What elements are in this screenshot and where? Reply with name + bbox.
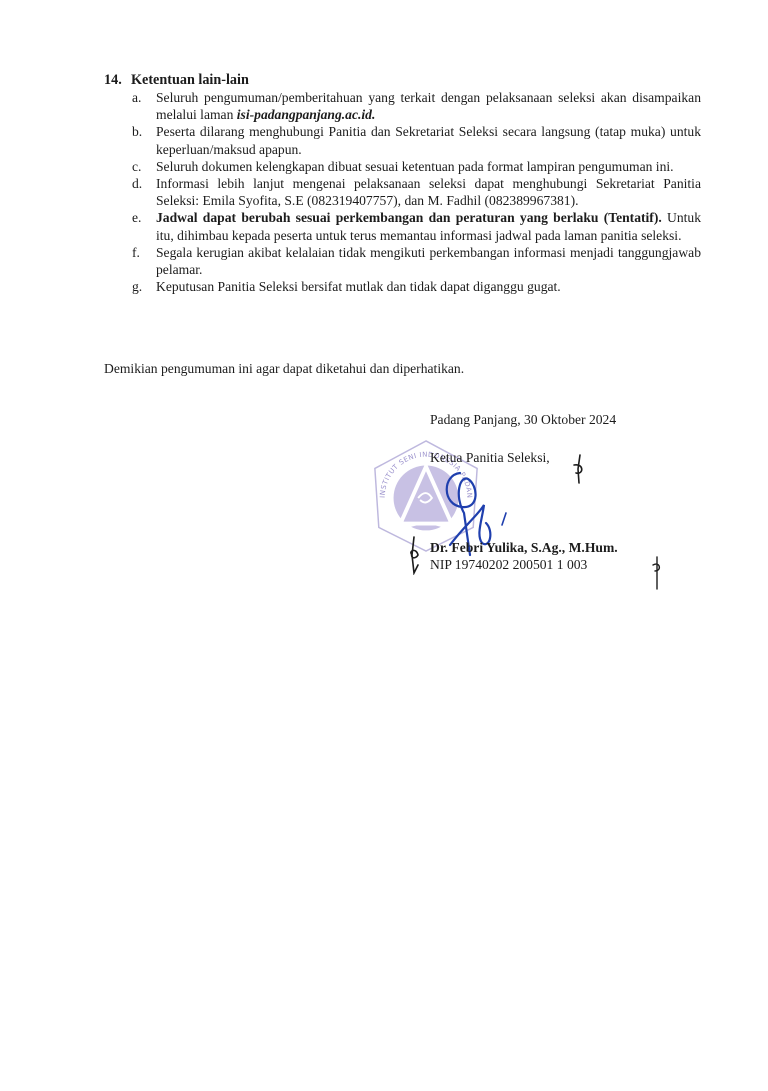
item-text: Jadwal dapat berubah sesuai perkembangan… bbox=[156, 209, 701, 243]
item-text: Informasi lebih lanjut mengenai pelaksan… bbox=[156, 175, 701, 209]
list-item: f. Segala kerugian akibat kelalaian tida… bbox=[131, 244, 701, 278]
closing-statement: Demikian pengumuman ini agar dapat diket… bbox=[104, 361, 464, 377]
item-text: Peserta dilarang menghubungi Panitia dan… bbox=[156, 123, 701, 157]
signer-name: Dr. Febri Yulika, S.Ag., M.Hum. bbox=[430, 540, 618, 556]
initial-mark-icon bbox=[570, 453, 586, 485]
provisions-list: a. Seluruh pengumuman/pemberitahuan yang… bbox=[131, 89, 701, 295]
item-text: Keputusan Panitia Seleksi bersifat mutla… bbox=[156, 278, 701, 295]
item-text-bold: Jadwal dapat berubah sesuai perkembangan… bbox=[156, 210, 662, 225]
section-heading: 14.Ketentuan lain-lain bbox=[104, 72, 249, 89]
section-title: Ketentuan lain-lain bbox=[131, 72, 249, 88]
document-page: 14.Ketentuan lain-lain a. Seluruh pengum… bbox=[0, 0, 768, 1091]
list-item: g. Keputusan Panitia Seleksi bersifat mu… bbox=[131, 278, 701, 295]
list-item: e. Jadwal dapat berubah sesuai perkemban… bbox=[131, 209, 701, 243]
item-label: a. bbox=[131, 89, 156, 123]
section-number: 14. bbox=[104, 72, 131, 89]
initial-mark-icon bbox=[406, 535, 422, 575]
website-link[interactable]: isi-padangpanjang.ac.id. bbox=[237, 107, 376, 122]
item-label: d. bbox=[131, 175, 156, 209]
item-label: g. bbox=[131, 278, 156, 295]
item-text: Seluruh dokumen kelengkapan dibuat sesua… bbox=[156, 158, 701, 175]
item-label: e. bbox=[131, 209, 156, 243]
item-label: c. bbox=[131, 158, 156, 175]
item-text: Segala kerugian akibat kelalaian tidak m… bbox=[156, 244, 701, 278]
list-item: d. Informasi lebih lanjut mengenai pelak… bbox=[131, 175, 701, 209]
item-label: f. bbox=[131, 244, 156, 278]
list-item: b. Peserta dilarang menghubungi Panitia … bbox=[131, 123, 701, 157]
signer-role: Ketua Panitia Seleksi, bbox=[430, 450, 550, 466]
item-label: b. bbox=[131, 123, 156, 157]
signer-nip: NIP 19740202 200501 1 003 bbox=[430, 557, 587, 573]
list-item: c. Seluruh dokumen kelengkapan dibuat se… bbox=[131, 158, 701, 175]
item-text: Seluruh pengumuman/pemberitahuan yang te… bbox=[156, 89, 701, 123]
initial-mark-icon bbox=[650, 555, 664, 591]
list-item: a. Seluruh pengumuman/pemberitahuan yang… bbox=[131, 89, 701, 123]
place-date: Padang Panjang, 30 Oktober 2024 bbox=[430, 412, 616, 428]
